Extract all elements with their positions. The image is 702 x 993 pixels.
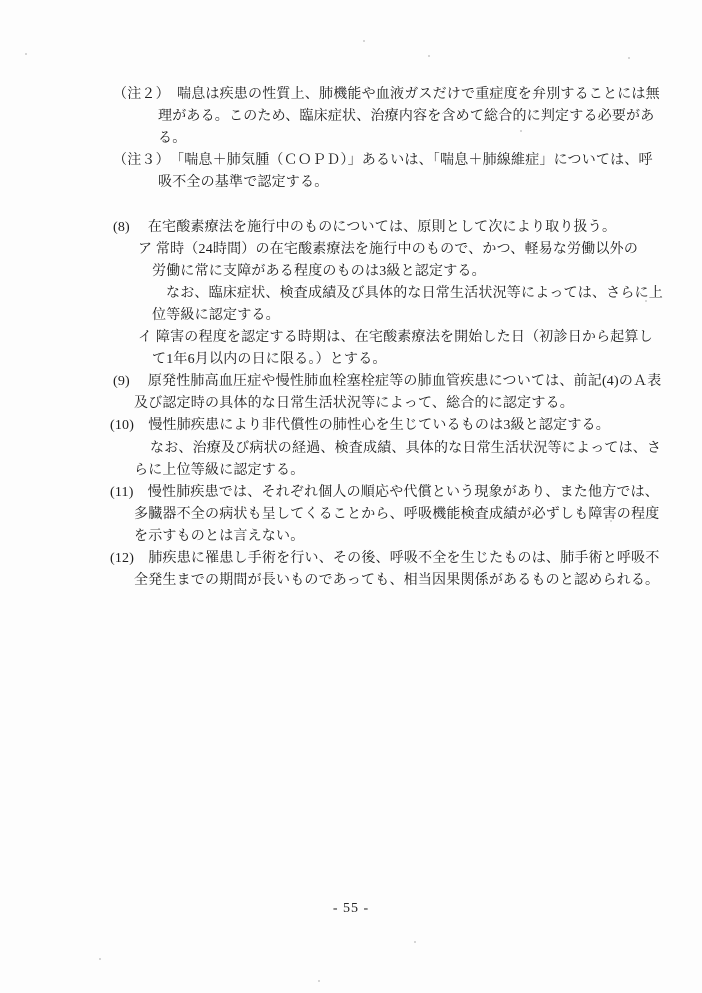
text-line: らに上位等級に認定する。 — [0, 460, 702, 482]
scan-speckle — [99, 958, 101, 960]
text-line: を示すものとは言えない。 — [0, 526, 702, 548]
text-line: なお、臨床症状、検査成績及び具体的な日常生活状況等によっては、さらに上 — [0, 283, 702, 305]
scanned-document: { "colors": { "ink": "#1c1c1c", "paper":… — [0, 0, 702, 993]
text-line: 多臓器不全の病状も呈してくることから、呼吸機能検査成績が必ずしも障害の程度 — [0, 504, 702, 526]
blank-line — [0, 194, 702, 216]
text-line: イ 障害の程度を認定する時期は、在宅酸素療法を開始した日（初診日から起算し — [0, 327, 702, 349]
text-line: 位等級に認定する。 — [0, 305, 702, 327]
text-line: 吸不全の基準で認定する。 — [0, 172, 702, 194]
document-body: （注２） 喘息は疾患の性質上、肺機能や血液ガスだけで重症度を弁別することには無理… — [0, 84, 702, 592]
text-line: 理がある。このため、臨床症状、治療内容を含めて総合的に判定する必要があ — [0, 106, 702, 128]
text-line: る。 — [0, 128, 702, 150]
text-line: （注３） 「喘息＋肺気腫（ＣＯＰＤ）」あるいは、「喘息＋肺線維症」については、呼 — [0, 150, 702, 172]
text-line: 及び認定時の具体的な日常生活状況等によって、総合的に認定する。 — [0, 393, 702, 415]
scan-speckle — [25, 53, 27, 55]
scan-speckle — [520, 130, 522, 132]
text-line: (8) 在宅酸素療法を施行中のものについては、原則として次により取り扱う。 — [0, 217, 702, 239]
text-line: (10) 慢性肺疾患により非代償性の肺性心を生じているものは3級と認定する。 — [0, 415, 702, 437]
scan-speckle — [645, 300, 647, 302]
text-line: （注２） 喘息は疾患の性質上、肺機能や血液ガスだけで重症度を弁別することには無 — [0, 84, 702, 106]
text-line: 労働に常に支障がある程度のものは3級と認定する。 — [0, 261, 702, 283]
text-line: て1年6月以内の日に限る。）とする。 — [0, 349, 702, 371]
document-page: （注２） 喘息は疾患の性質上、肺機能や血液ガスだけで重症度を弁別することには無理… — [0, 0, 702, 993]
text-line: (11) 慢性肺疾患では、それぞれ個人の順応や代償という現象があり、また他方では… — [0, 482, 702, 504]
text-line: ア 常時（24時間）の在宅酸素療法を施行中のもので、かつ、軽易な労働以外の — [0, 239, 702, 261]
scan-speckle — [610, 520, 612, 522]
page-number: - 55 - — [0, 898, 702, 920]
scan-speckle — [363, 40, 365, 42]
text-line: (9) 原発性肺高血圧症や慢性肺血栓塞栓症等の肺血管疾患については、前記(4)の… — [0, 371, 702, 393]
text-line: (12) 肺疾患に罹患し手術を行い、その後、呼吸不全を生じたものは、肺手術と呼吸… — [0, 548, 702, 570]
scan-speckle — [628, 57, 630, 59]
text-line: 全発生までの期間が長いものであっても、相当因果関係があるものと認められる。 — [0, 570, 702, 592]
scan-speckle — [414, 941, 416, 943]
scan-speckle — [428, 55, 430, 57]
scan-speckle — [318, 980, 320, 982]
text-line: なお、治療及び病状の経過、検査成績、具体的な日常生活状況等によっては、さ — [0, 438, 702, 460]
